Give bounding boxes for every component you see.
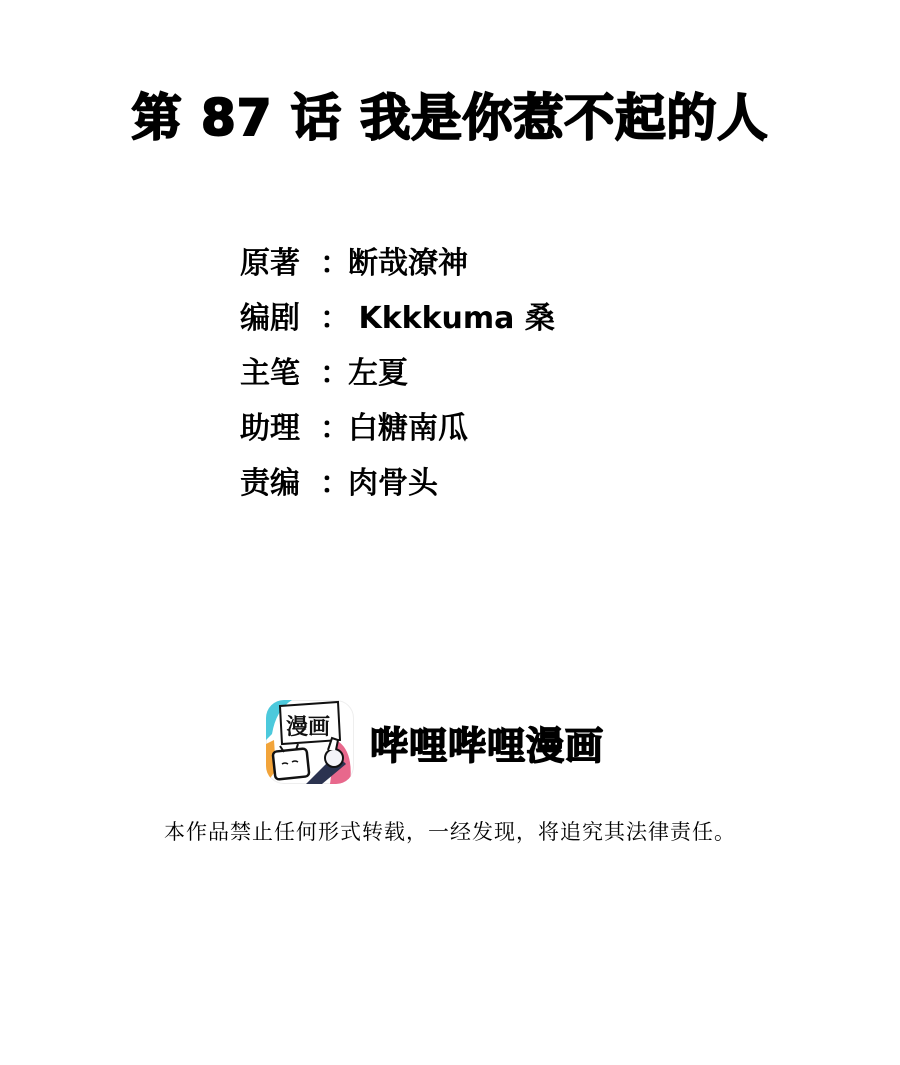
credit-separator: ： xyxy=(320,458,348,502)
credit-separator: ： xyxy=(320,238,348,282)
credit-name: 白糖南瓜 xyxy=(348,403,468,447)
credit-role: 助理 xyxy=(240,403,320,447)
credit-row-assistant: 助理 ： 白糖南瓜 xyxy=(240,397,555,452)
bilibili-comics-logo: 漫画 哔哩哔哩漫画 xyxy=(266,700,604,784)
credit-row-lead-artist: 主笔 ： 左夏 xyxy=(240,342,555,397)
credit-separator: ： xyxy=(320,403,348,447)
credit-role: 原著 xyxy=(240,238,320,282)
credit-name: 左夏 xyxy=(348,348,408,392)
mascot-icon: 漫画 xyxy=(266,700,354,784)
credit-name: 断哉潦神 xyxy=(348,238,468,282)
copyright-notice: 本作品禁止任何形式转载，一经发现，将追究其法律责任。 xyxy=(0,816,900,846)
credit-row-original: 原著 ： 断哉潦神 xyxy=(240,232,555,287)
credit-role: 主笔 xyxy=(240,348,320,392)
credit-name: Kkkkuma 桑 xyxy=(348,293,555,337)
credit-role: 责编 xyxy=(240,458,320,502)
credits-list: 原著 ： 断哉潦神 编剧 ： Kkkkuma 桑 主笔 ： 左夏 助理 ： 白糖… xyxy=(240,232,555,507)
app-icon: 漫画 xyxy=(266,700,354,784)
credit-separator: ： xyxy=(320,293,348,337)
credit-separator: ： xyxy=(320,348,348,392)
credit-row-editor: 责编 ： 肉骨头 xyxy=(240,452,555,507)
credit-row-script: 编剧 ： Kkkkuma 桑 xyxy=(240,287,555,342)
svg-text:漫画: 漫画 xyxy=(286,714,330,740)
chapter-title: 第 87 话 我是你惹不起的人 xyxy=(0,86,900,150)
brand-name: 哔哩哔哩漫画 xyxy=(370,715,604,770)
credit-name: 肉骨头 xyxy=(348,458,438,502)
credit-role: 编剧 xyxy=(240,293,320,337)
